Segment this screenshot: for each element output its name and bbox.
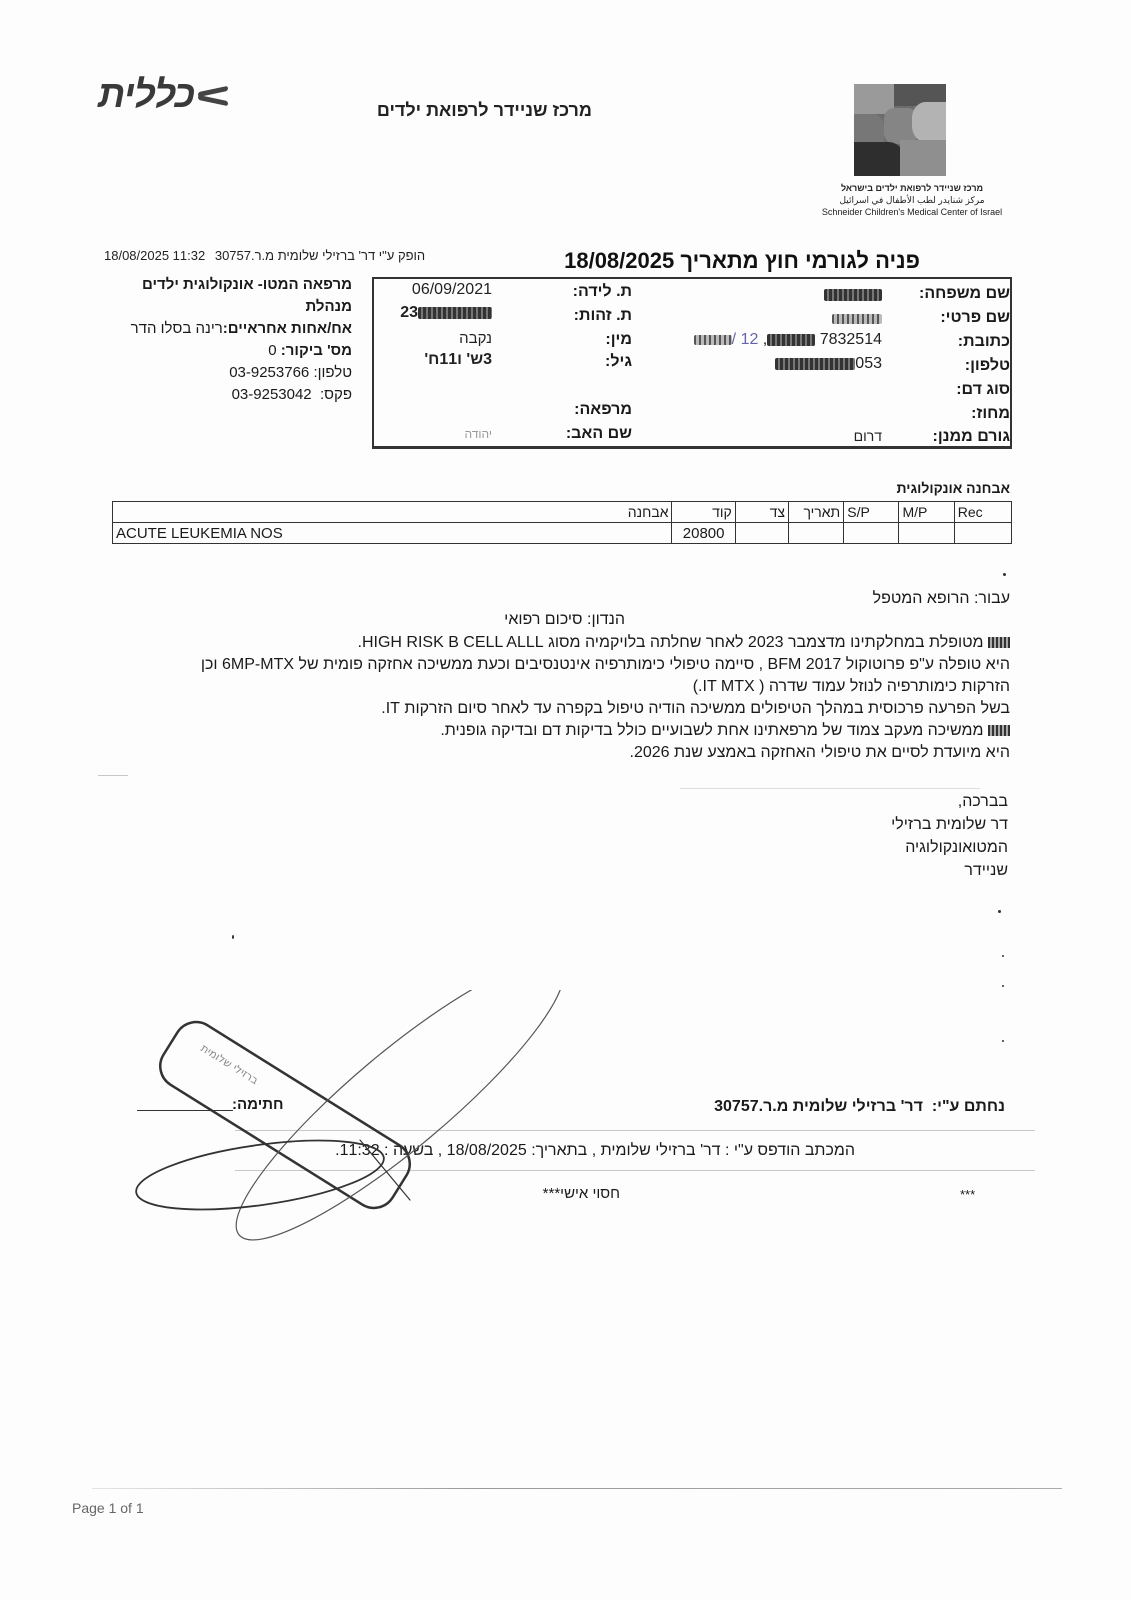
divider [235,1130,1035,1131]
visit-row: מס' ביקור: 0 [94,340,352,362]
visit-label: מס' ביקור: [281,342,352,359]
subject-line: הנדון: סיכום רפואי [400,611,625,629]
redacted-name [988,637,1010,648]
id-value: 23 [400,304,492,322]
last-name-value [824,286,882,304]
body-line-5: ממשיכה מעקב צמוד של מרפאתינו אחת לשבועיי… [120,720,1010,742]
birth-date-label: ת. לידה: [573,283,632,301]
signed-by-value: דר' ברזילי שלומית מ.ר.30757 [714,1098,923,1115]
puzzle-logo-icon [854,84,946,176]
footer-line [92,1488,1062,1489]
sex-label: מין: [605,331,632,349]
diagnosis-header-row: אבחנה קוד צד תאריך S/P M/P Rec [113,502,1012,523]
blood-type-label: סוג דם: [956,381,1010,399]
nurse-label: אח/אחות אחראיים: [223,320,352,337]
patient-details-box: שם משפחה: שם פרטי: כתובת: 7832514 , 12 /… [372,277,1012,449]
closing-greeting: בברכה, [820,790,1008,813]
dept-phone-row: טלפון: 03-9253766 [94,362,352,384]
bullet-dot [232,935,234,939]
letter-closing: בברכה, דר שלומית ברזילי המטואונקולוגיה ש… [820,790,1008,882]
address-value: 7832514 , 12 / [694,331,882,349]
body-line-1-text: מטופלת במחלקתינו מדצמבר 2023 לאחר שחלתה … [358,634,984,651]
stamp-text: ברזילי שלומית [198,1042,260,1088]
age-value: 3ש' ו11ח' [424,351,492,369]
payer-label: גורם ממנן: [933,428,1011,446]
schneider-logo: מרכז שניידר לרפואת ילדים בישראל مركز شنا… [812,84,1012,218]
bullet-dot [1002,1040,1004,1042]
first-name-label: שם פרטי: [940,309,1010,327]
center-name: מרכז שניידר לרפואת ילדים [360,100,592,121]
signed-by: נחתם ע"י: דר' ברזילי שלומית מ.ר.30757 [660,1098,1005,1116]
birth-date-value: 06/09/2021 [412,281,492,299]
phone-value: 053 [775,355,882,373]
department-block: מרפאה המטו- אונקולוגית ילדים מנהלת אח/אח… [94,274,352,406]
printed-by-line: המכתב הודפס ע"י : דר' ברזילי שלומית , בת… [255,1142,855,1160]
col-diagnosis: אבחנה [113,502,672,523]
letter-body: מטופלת במחלקתינו מדצמבר 2023 לאחר שחלתה … [120,632,1010,764]
mp-cell [899,523,954,544]
body-line-4: בשל הפרעה פרכוסית במהלך הטיפולים ממשיכה … [120,698,1010,720]
body-line-6: היא מיועדת לסיים את טיפולי האחזקה באמצע … [120,742,1010,764]
scan-artifact [98,775,128,776]
diagnosis-cell: ACUTE LEUKEMIA NOS [113,523,672,544]
clalit-logo: כללית [98,74,230,117]
payer-value: דרום [854,428,882,444]
side-cell [735,523,788,544]
dept-fax-value: 03-9253042 [232,386,312,403]
col-sp: S/P [844,502,899,523]
last-name-label: שם משפחה: [919,285,1010,303]
id-label: ת. זהות: [574,307,632,325]
nurse-value: רינה בסלו הדר [131,320,223,337]
diagnosis-title: אבחנה אונקולוגית [820,480,1010,496]
rec-cell [954,523,1011,544]
bullet-dot [1003,573,1006,576]
closing-department: המטואונקולוגיה [820,836,1008,859]
phone-label: טלפון: [965,357,1010,375]
clalit-wave-icon [196,83,230,109]
closing-doctor: דר שלומית ברזילי [820,813,1008,836]
issued-by: הופק ע"י דר' ברזילי שלומית מ.ר.30757 [215,248,425,263]
body-line-2: היא טופלה ע"פ פרוטוקול BFM 2017 , סיימה … [120,654,1010,676]
body-line-3: הזרקות כימותרפיה לנוזל עמוד שדרה ( IT MT… [120,676,1010,698]
table-row: ACUTE LEUKEMIA NOS 20800 [113,523,1012,544]
issued-datetime: 18/08/2025 11:32 [104,248,205,263]
redacted-name [988,725,1010,736]
schneider-name-ar: مركز شنايدر لطب الأطفال في اسرائيل [812,194,1012,206]
dept-phone-label: טלפון: [313,364,352,381]
divider [235,1170,1035,1171]
body-line-5-text: ממשיכה מעקב צמוד של מרפאתינו אחת לשבועיי… [440,722,983,739]
confidential-stars: *** [960,1187,975,1202]
nurse-row: אח/אחות אחראיים:רינה בסלו הדר [94,318,352,340]
col-code: קוד [672,502,735,523]
scan-artifact [680,788,980,789]
col-mp: M/P [899,502,954,523]
subject-value: סיכום רפואי [504,611,582,628]
schneider-name-he: מרכז שניידר לרפואת ילדים בישראל [812,182,1012,194]
code-cell: 20800 [672,523,735,544]
clalit-logo-text: כללית [98,74,194,117]
dept-fax-row: פקס: 03-9253042 [94,384,352,406]
signed-by-label: נחתם ע"י: [932,1098,1005,1115]
body-line-1: מטופלת במחלקתינו מדצמבר 2023 לאחר שחלתה … [120,632,1010,654]
father-name-label: שם האב: [566,425,632,443]
to-value: הרופא המטפל [873,590,970,607]
bullet-dot [1002,955,1004,957]
district-label: מחוז: [971,405,1010,423]
schneider-name-en: Schneider Children's Medical Center of I… [812,206,1012,218]
subject-label: הנדון: [587,611,625,628]
signature-line [137,1110,233,1111]
to-label: עבור: [974,590,1010,607]
diagnosis-table: אבחנה קוד צד תאריך S/P M/P Rec ACUTE LEU… [112,501,1012,544]
col-date: תאריך [789,502,844,523]
col-side: צד [735,502,788,523]
closing-center: שניידר [820,859,1008,882]
issued-line: 18/08/2025 11:32 הופק ע"י דר' ברזילי שלו… [98,248,425,263]
page-number: Page 1 of 1 [72,1500,144,1516]
dept-fax-label: פקס: [320,386,352,403]
bullet-dot [998,910,1001,913]
age-label: גיל: [605,353,632,371]
signature-label: חתימה: [232,1096,284,1113]
to-line: עבור: הרופא המטפל [700,590,1010,608]
col-rec: Rec [954,502,1011,523]
dept-phone-value: 03-9253766 [229,364,309,381]
sex-value: נקבה [459,330,492,347]
first-name-value [832,310,882,328]
clinic-label: מרפאה: [574,401,632,419]
sp-cell [844,523,899,544]
father-name-value: יהודה [465,427,493,441]
department-name: מרפאה המטו- אונקולוגית ילדים [94,274,352,296]
date-cell [789,523,844,544]
confidential-label: חסוי אישי*** [470,1185,620,1202]
department-manager-label: מנהלת [94,296,352,318]
address-label: כתובת: [958,333,1010,351]
bullet-dot [1002,985,1004,987]
visit-value: 0 [268,342,276,359]
referral-title: פניה לגורמי חוץ מתאריך 18/08/2025 [550,248,920,274]
